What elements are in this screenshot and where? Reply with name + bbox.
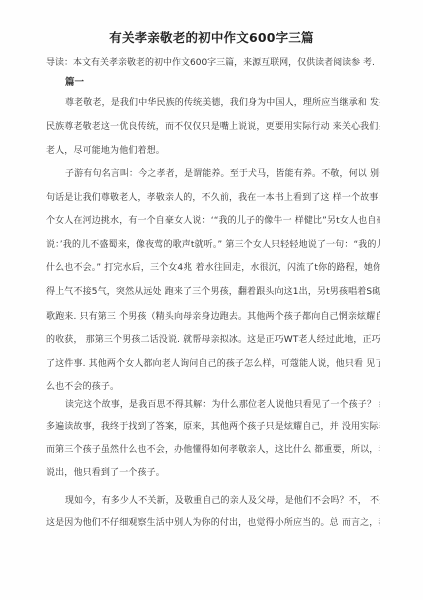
text-line: 多遍读故事，我终于找到了答案，原来，其他两个孩子只是炫耀自己，并 没用实际表达， xyxy=(46,421,380,433)
text-line: 句话是让我们尊敬老人，孝敬亲人的，不久前，我在一本书上看到了这 样一个故事：有三 xyxy=(46,192,380,204)
text-line: 得上气不接5气，突然从远处 跑来了三个男孩，翻着跟头向这1出，另t男孩唱着S砌听… xyxy=(46,286,380,298)
text-line: 而第三个孩子虽然什么也不会，办他懂得如何孝敬亲人，这比什么 都重要，所以，老人才 xyxy=(46,444,380,456)
text-line: 么也不会的孩子。 xyxy=(46,381,380,393)
text-line: 子游有句名言叫：今之孝者，是谓能养。至于犬马，皆能有养。不敬，何以 别乎。这 xyxy=(65,168,380,180)
text-line: 现如今，有多少人不关新，及敬重自己的亲人及父母，是他们不会吗？不， 不是的， xyxy=(65,495,380,507)
text-line: 读完这个故事，是我百思不得其解：为什么那位老人说他只看见了一个孩子？ 经过我 xyxy=(65,399,380,411)
guide-text: 导读：本文有关孝亲敬老的初中作文600字三篇，来源互联网，仅供读者阅读参 考. xyxy=(46,55,375,68)
text-line: 尊老敬老，是我们中华民族的传统美德，我们身为中国人，理所应当继承和 发扬中华 xyxy=(65,97,380,109)
text-line: 这是因为他们不仔细观察生活中别人为你的付出，也觉得小所应当的。总 而言之，我们要 xyxy=(46,517,380,529)
text-line: 歌跑来. 只有第三 个男孩（精头向母亲身边跑去。其他两个孩子都向自己惘亲炫耀自己… xyxy=(46,311,380,323)
text-line: 民族尊老敬老这一优良传统，而不仅仅只是嘴上说说，更要用实际行动 来关心我们身边的 xyxy=(46,121,380,133)
text-line: 说：’我的儿不盛蜀来，像夜莺的歌声t就听。” 第三个女人只轻轻地说了一句：“我的… xyxy=(46,239,380,251)
text-line: 说出，他只看到了一个孩子。 xyxy=(46,467,380,479)
document-page: 有关孝亲敬老的初中作文600字三篇 导读：本文有关孝亲敬老的初中作文600字三篇… xyxy=(0,0,423,600)
text-line: 的收获， 那第三个男孩二话没说. 就帮母亲拟冰。这是正巧WT老人经过此地，正巧看… xyxy=(46,334,380,346)
text-line: 个女人在河边挑水，有一个自豪女人说：‘“我的儿子的像牛一 样健比”另t女人也自豪… xyxy=(46,215,380,227)
text-line: 什么也不会。” 打完水后，三个女4兆 着水往回走，水很沉，闪流了t你的路程，她你… xyxy=(46,262,380,274)
document-title: 有关孝亲敬老的初中作文600字三篇 xyxy=(0,28,423,46)
section-heading: 篇一 xyxy=(65,74,84,88)
text-line: 老人，尽可能地为他们着想。 xyxy=(46,145,380,157)
text-line: 了这件事. 其他两个女人都向老人询问自己的孩子怎么样，可蔻能人说，他只看 见了那… xyxy=(46,358,380,370)
